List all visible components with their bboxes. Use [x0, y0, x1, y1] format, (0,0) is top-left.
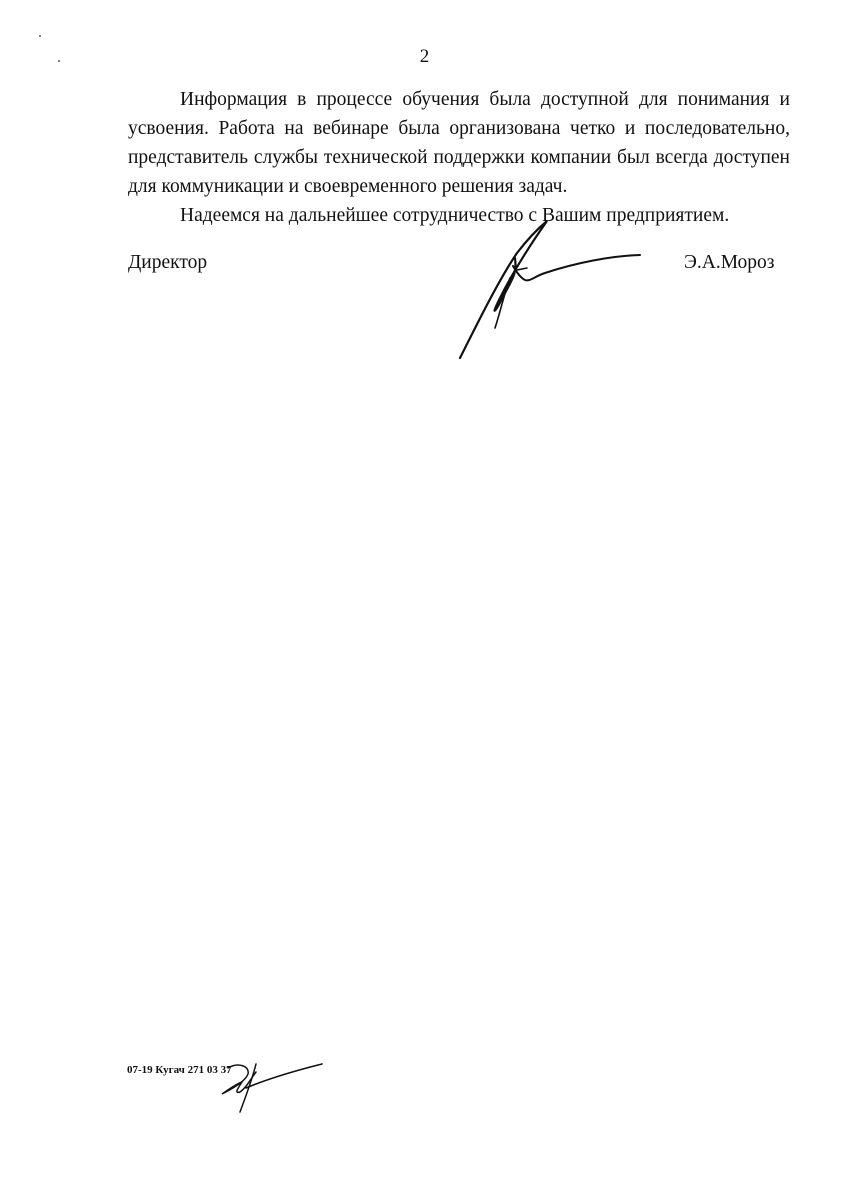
signature-icon	[455, 218, 655, 363]
initials-signature-icon	[210, 1060, 330, 1115]
scan-artifact	[39, 35, 41, 37]
paragraph-feedback: Информация в процессе обучения была дост…	[128, 85, 790, 201]
page-number: 2	[0, 46, 849, 68]
signatory-position: Директор	[128, 252, 207, 274]
signatory-name: Э.А.Мороз	[684, 252, 775, 274]
letter-body: Информация в процессе обучения была дост…	[128, 85, 790, 230]
